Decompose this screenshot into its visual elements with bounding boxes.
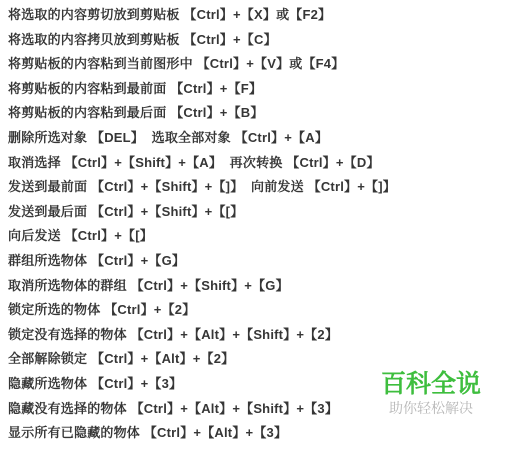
shortcut-line: 发送到最前面 【Ctrl】+【Shift】+【]】 向前发送 【Ctrl】+【]… [8,175,522,200]
shortcut-line: 取消选择 【Ctrl】+【Shift】+【A】 再次转换 【Ctrl】+【D】 [8,151,522,176]
shortcut-line: 群组所选物体 【Ctrl】+【G】 [8,249,522,274]
shortcut-line: 将选取的内容剪切放到剪贴板 【Ctrl】+【X】或【F2】 [8,3,522,28]
watermark-logo: 百科全说 助你轻松解决 [380,370,482,416]
shortcut-line: 将剪贴板的内容粘到最后面 【Ctrl】+【B】 [8,101,522,126]
shortcut-line: 删除所选对象 【DEL】 选取全部对象 【Ctrl】+【A】 [8,126,522,151]
shortcut-line: 全部解除锁定 【Ctrl】+【Alt】+【2】 [8,347,522,372]
watermark-title: 百科全说 [380,370,482,398]
watermark-subtitle: 助你轻松解决 [380,400,482,416]
shortcut-line: 锁定所选的物体 【Ctrl】+【2】 [8,298,522,323]
shortcut-line: 将剪贴板的内容粘到最前面 【Ctrl】+【F】 [8,77,522,102]
shortcut-line: 将选取的内容拷贝放到剪贴板 【Ctrl】+【C】 [8,28,522,53]
shortcut-line: 向后发送 【Ctrl】+【[】 [8,224,522,249]
shortcut-line: 显示所有已隐藏的物体 【Ctrl】+【Alt】+【3】 [8,421,522,446]
shortcut-line: 锁定没有选择的物体 【Ctrl】+【Alt】+【Shift】+【2】 [8,323,522,348]
shortcut-line: 取消所选物体的群组 【Ctrl】+【Shift】+【G】 [8,274,522,299]
shortcut-line: 将剪贴板的内容粘到当前图形中 【Ctrl】+【V】或【F4】 [8,52,522,77]
shortcut-line: 发送到最后面 【Ctrl】+【Shift】+【[】 [8,200,522,225]
